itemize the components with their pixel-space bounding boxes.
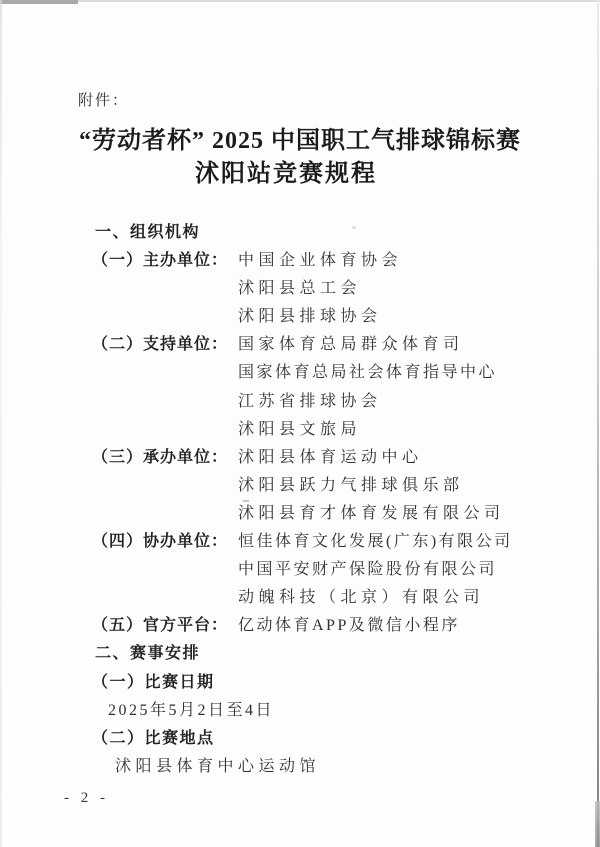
document-title: “劳动者杯” 2025 中国职工气排球锦标赛 沭阳站竞赛规程 — [0, 125, 600, 191]
title-line-1: “劳动者杯” 2025 中国职工气排球锦标赛 — [0, 125, 600, 158]
attachment-label: 附件： — [78, 89, 129, 110]
org-item-support-cont: 沭阳县文旅局 — [92, 416, 582, 444]
item-label: （四）协办单位： — [92, 528, 238, 556]
scan-edge-top-dark — [0, 0, 78, 4]
scan-edge-right-foot — [595, 801, 600, 847]
item-value: 沭阳县总工会 — [238, 280, 361, 297]
org-item-organizer: （三）承办单位：沭阳县体育运动中心 — [92, 444, 582, 472]
title-line-2: 沭阳站竞赛规程 — [0, 158, 586, 191]
section-heading-schedule: 二、赛事安排 — [92, 640, 582, 668]
item-label: （五）官方平台： — [92, 612, 238, 640]
org-item-organizer-cont: 沭阳县跃力气排球俱乐部 — [92, 472, 582, 500]
org-item-coorganizer-cont: 动魄科技（北京）有限公司 — [92, 584, 582, 612]
item-value: 恒佳体育文化发展(广东)有限公司 — [238, 533, 513, 550]
scan-edge-top — [0, 0, 600, 2]
item-value: 沭阳县育才体育发展有限公司 — [238, 505, 505, 522]
page-number: - 2 - — [64, 790, 109, 807]
item-value: 国家体育总局群众体育司 — [238, 336, 464, 353]
org-item-support-cont: 国家体育总局社会体育指导中心 — [92, 359, 582, 387]
schedule-venue-value: 沭阳县体育中心运动馆 — [92, 753, 582, 781]
item-value: 江苏省排球协会 — [238, 393, 382, 410]
schedule-subhead-venue: （二）比赛地点 — [92, 725, 582, 753]
org-item-organizer-cont: 沭阳县育才体育发展有限公司 — [92, 500, 582, 528]
item-label: （三）承办单位： — [92, 444, 238, 472]
org-item-host: （一）主办单位：中国企业体育协会 — [92, 247, 582, 275]
item-value: 国家体育总局社会体育指导中心 — [238, 364, 497, 381]
org-item-host-cont: 沭阳县排球协会 — [92, 303, 582, 331]
item-value: 沭阳县跃力气排球俱乐部 — [238, 477, 464, 494]
schedule-date-value: 2025年5月2日至4日 — [92, 697, 582, 725]
schedule-subhead-date: （一）比赛日期 — [92, 669, 582, 697]
org-item-support-cont: 江苏省排球协会 — [92, 388, 582, 416]
item-label: （一）主办单位： — [92, 247, 238, 275]
item-value: 动魄科技（北京）有限公司 — [238, 589, 484, 606]
item-value: 沭阳县排球协会 — [238, 308, 382, 325]
section-heading-organization: 一、组织机构 — [92, 219, 582, 247]
org-item-platform: （五）官方平台：亿动体育APP及微信小程序 — [92, 612, 582, 640]
item-value: 中国企业体育协会 — [238, 252, 402, 269]
org-item-coorganizer: （四）协办单位：恒佳体育文化发展(广东)有限公司 — [92, 528, 582, 556]
org-item-coorganizer-cont: 中国平安财产保险股份有限公司 — [92, 556, 582, 584]
scanned-document-page: 附件： “劳动者杯” 2025 中国职工气排球锦标赛 沭阳站竞赛规程 一、组织机… — [0, 0, 600, 847]
org-item-host-cont: 沭阳县总工会 — [92, 275, 582, 303]
item-value: 沭阳县体育运动中心 — [238, 449, 423, 466]
item-value: 沭阳县文旅局 — [238, 421, 361, 438]
item-value: 中国平安财产保险股份有限公司 — [238, 561, 497, 578]
item-value: 亿动体育APP及微信小程序 — [238, 617, 460, 634]
org-item-support: （二）支持单位：国家体育总局群众体育司 — [92, 331, 582, 359]
item-label: （二）支持单位： — [92, 331, 238, 359]
document-body: 一、组织机构 （一）主办单位：中国企业体育协会 沭阳县总工会 沭阳县排球协会 （… — [92, 219, 582, 781]
